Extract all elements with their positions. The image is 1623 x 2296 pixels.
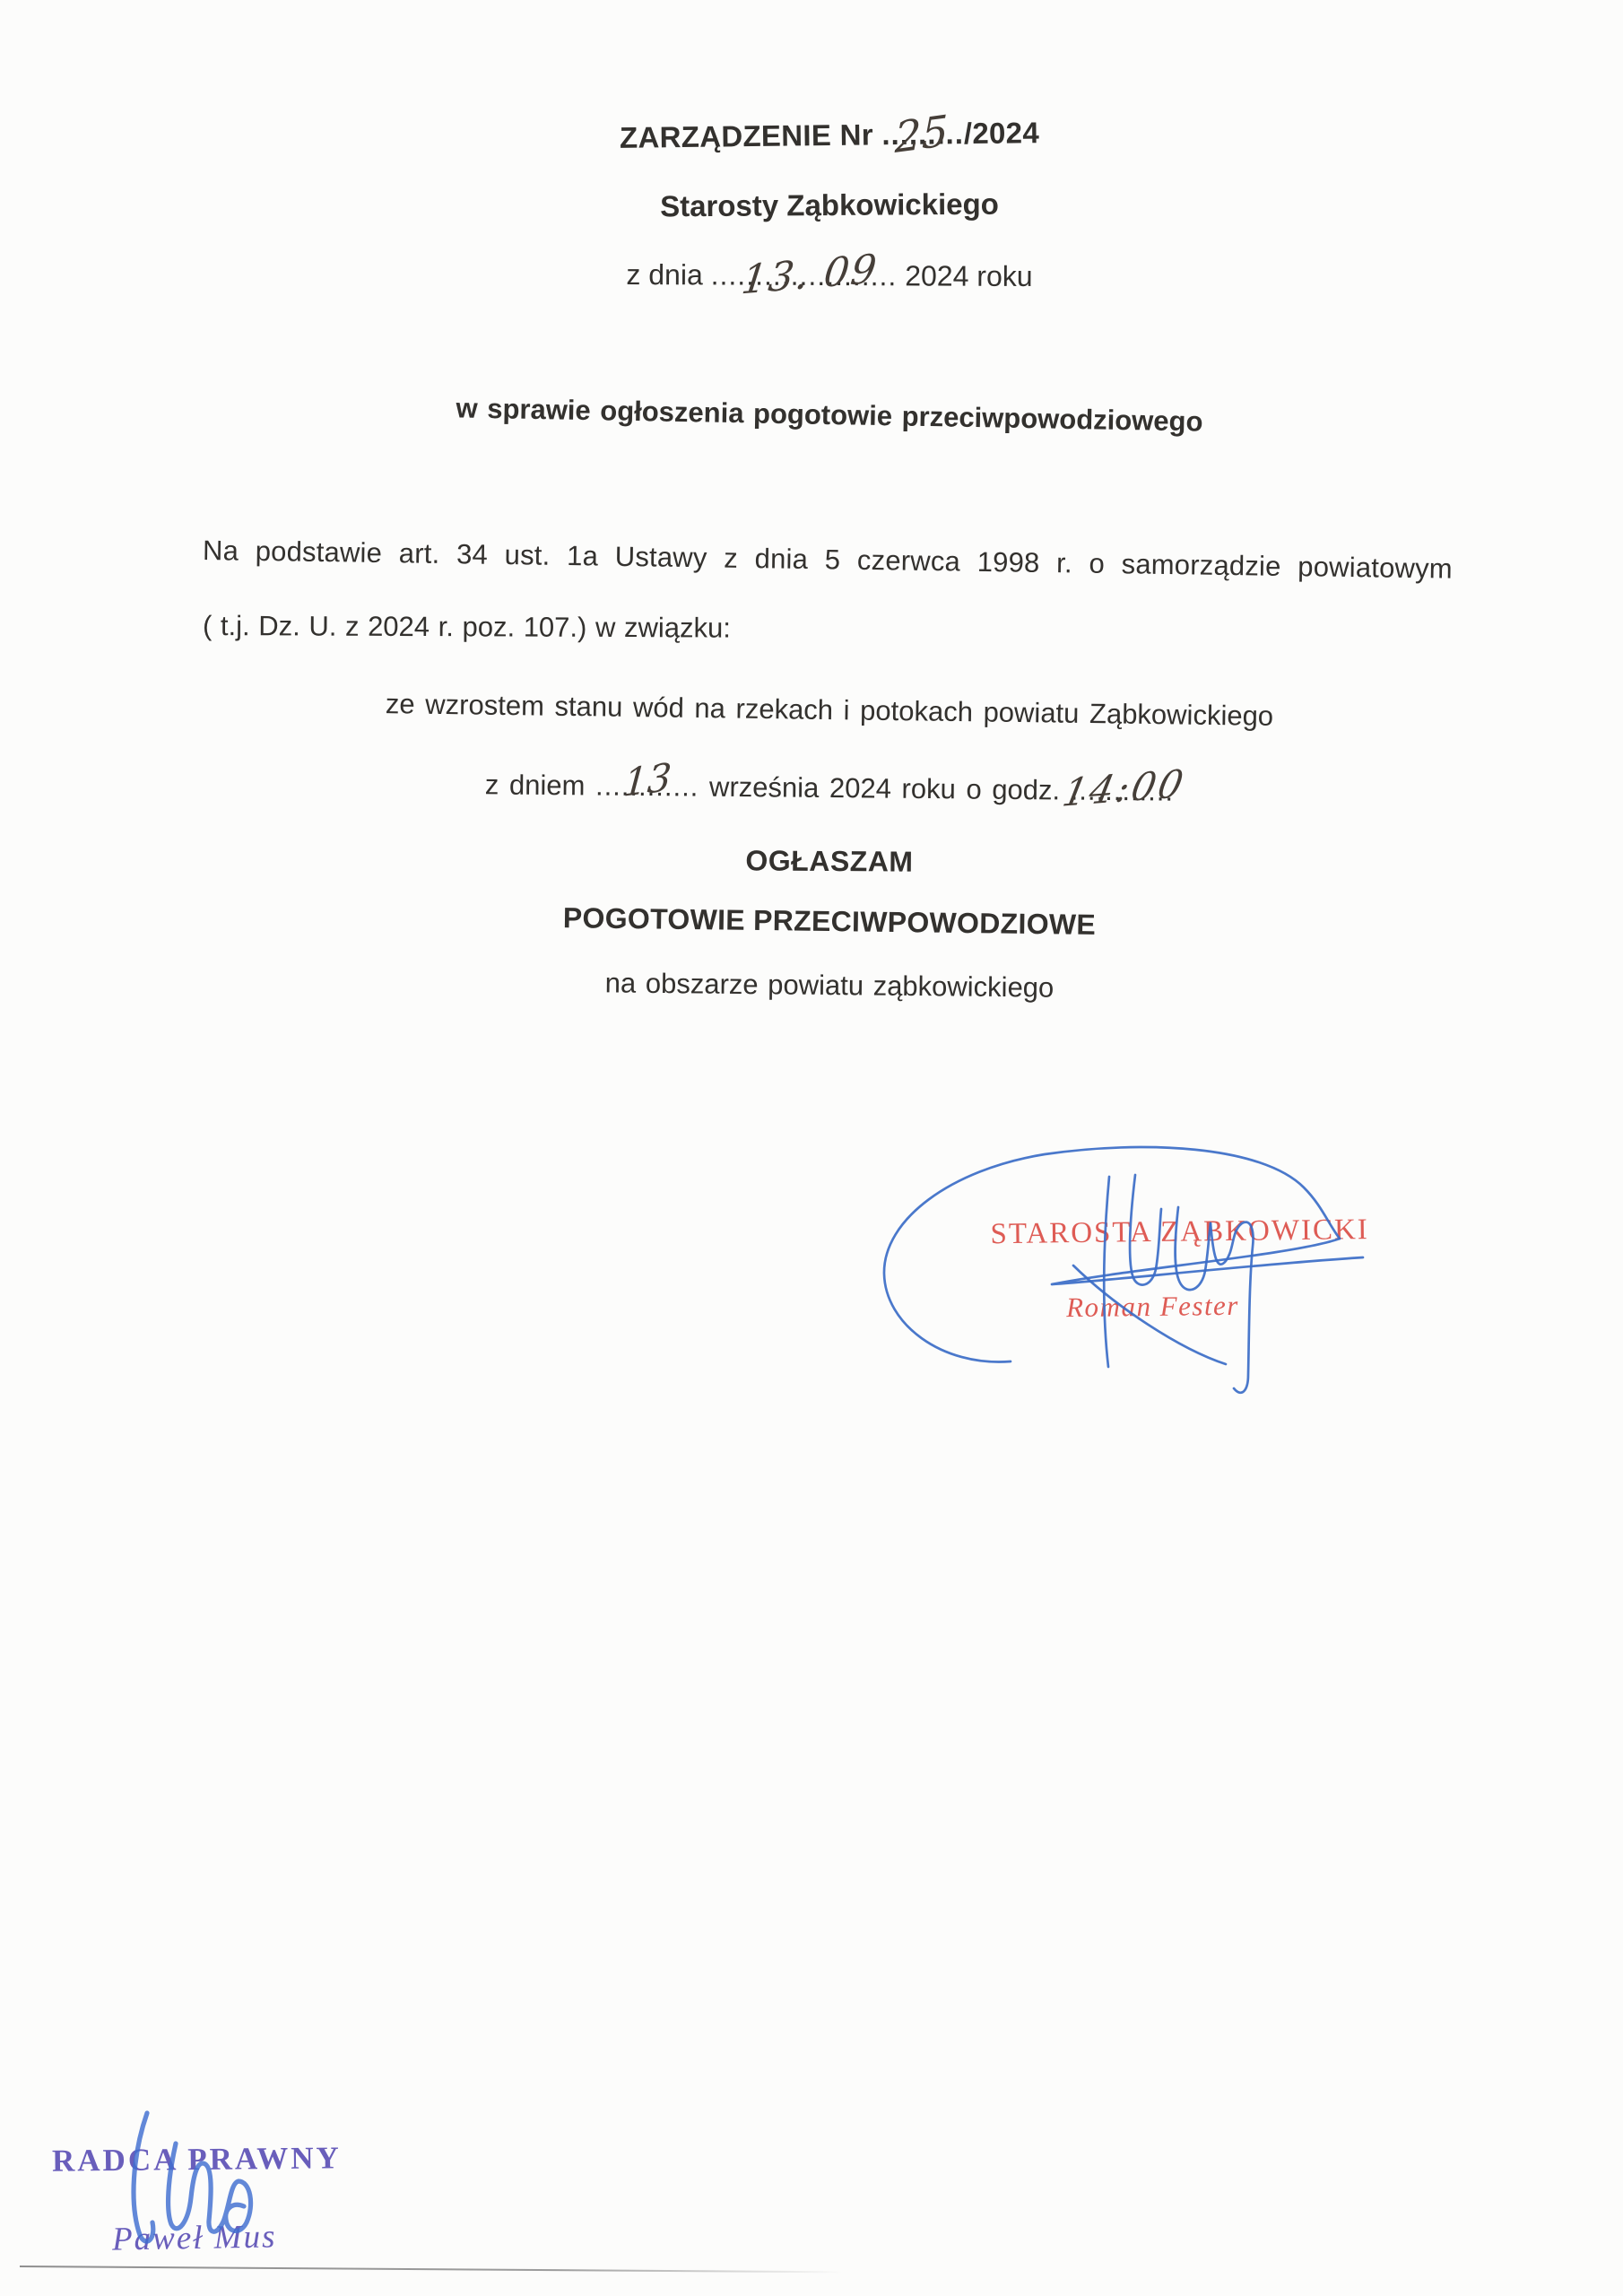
ordinance-title-line: ZARZĄDZENIE Nr .........25/2024 (27, 107, 1623, 163)
signature-u-stroke-1 (1130, 1175, 1161, 1285)
announce-verb: OGŁASZAM (27, 838, 1623, 884)
ordinance-number-field: .........25 (881, 115, 964, 152)
scanned-ordinance-page: ZARZĄDZENIE Nr .........25/2024 Starosty… (0, 0, 1623, 2296)
date-prefix: z dnia (626, 258, 703, 291)
ordinance-title-prefix: ZARZĄDZENIE Nr (620, 117, 873, 153)
handwritten-day: 13 (622, 758, 673, 803)
date-suffix: 2024 roku (905, 259, 1032, 292)
radca-ms-stroke (169, 2144, 251, 2231)
starosta-signature-scribble (874, 1137, 1412, 1424)
ordinance-title-suffix: /2024 (964, 116, 1040, 150)
signature-descender-loop (1211, 1222, 1254, 1393)
signature-ellipse-stroke (884, 1147, 1340, 1361)
date-line: z dnia .....................13. 09 2024 … (27, 254, 1623, 297)
ordinance-subject: w sprawie ogłoszenia pogotowie przeciwpo… (27, 384, 1623, 448)
handwritten-ordinance-number: 25 (895, 110, 949, 161)
signature-vertical-stroke (1104, 1177, 1109, 1367)
legal-basis-line-2: ( t.j. Dz. U. z 2024 r. poz. 107.) w zwi… (203, 608, 1453, 649)
radca-signature-svg (82, 2108, 307, 2287)
handwritten-date: 13. 09 (739, 249, 880, 300)
starosta-signature-svg (874, 1137, 1412, 1424)
date-field: .....................13. 09 (711, 257, 898, 293)
signature-u-stroke-2 (1176, 1207, 1211, 1290)
legal-basis-line-1: Na podstawie art. 34 ust. 1a Ustawy z dn… (203, 533, 1453, 587)
effective-day-field: ............13 (595, 769, 699, 804)
effective-prefix: z dniem (485, 769, 586, 801)
effective-middle-text: września 2024 roku o godz. (709, 771, 1060, 806)
effective-time-field: ............14:00 (1071, 774, 1175, 810)
radca-j-stroke (134, 2113, 153, 2241)
announce-object: POGOTOWIE PRZECIWPOWODZIOWE (27, 892, 1623, 949)
radca-signature-scribble (82, 2108, 307, 2287)
issuing-authority: Starosty Ząbkowickiego (27, 181, 1623, 230)
announce-scope: na obszarze powiatu ząbkowickiego (27, 961, 1623, 1012)
handwritten-time: 14:00 (1060, 764, 1189, 812)
effective-date-line: z dniem ............13 września 2024 rok… (27, 763, 1623, 813)
reason-line: ze wzrostem stanu wód na rzekach i potok… (27, 683, 1623, 740)
